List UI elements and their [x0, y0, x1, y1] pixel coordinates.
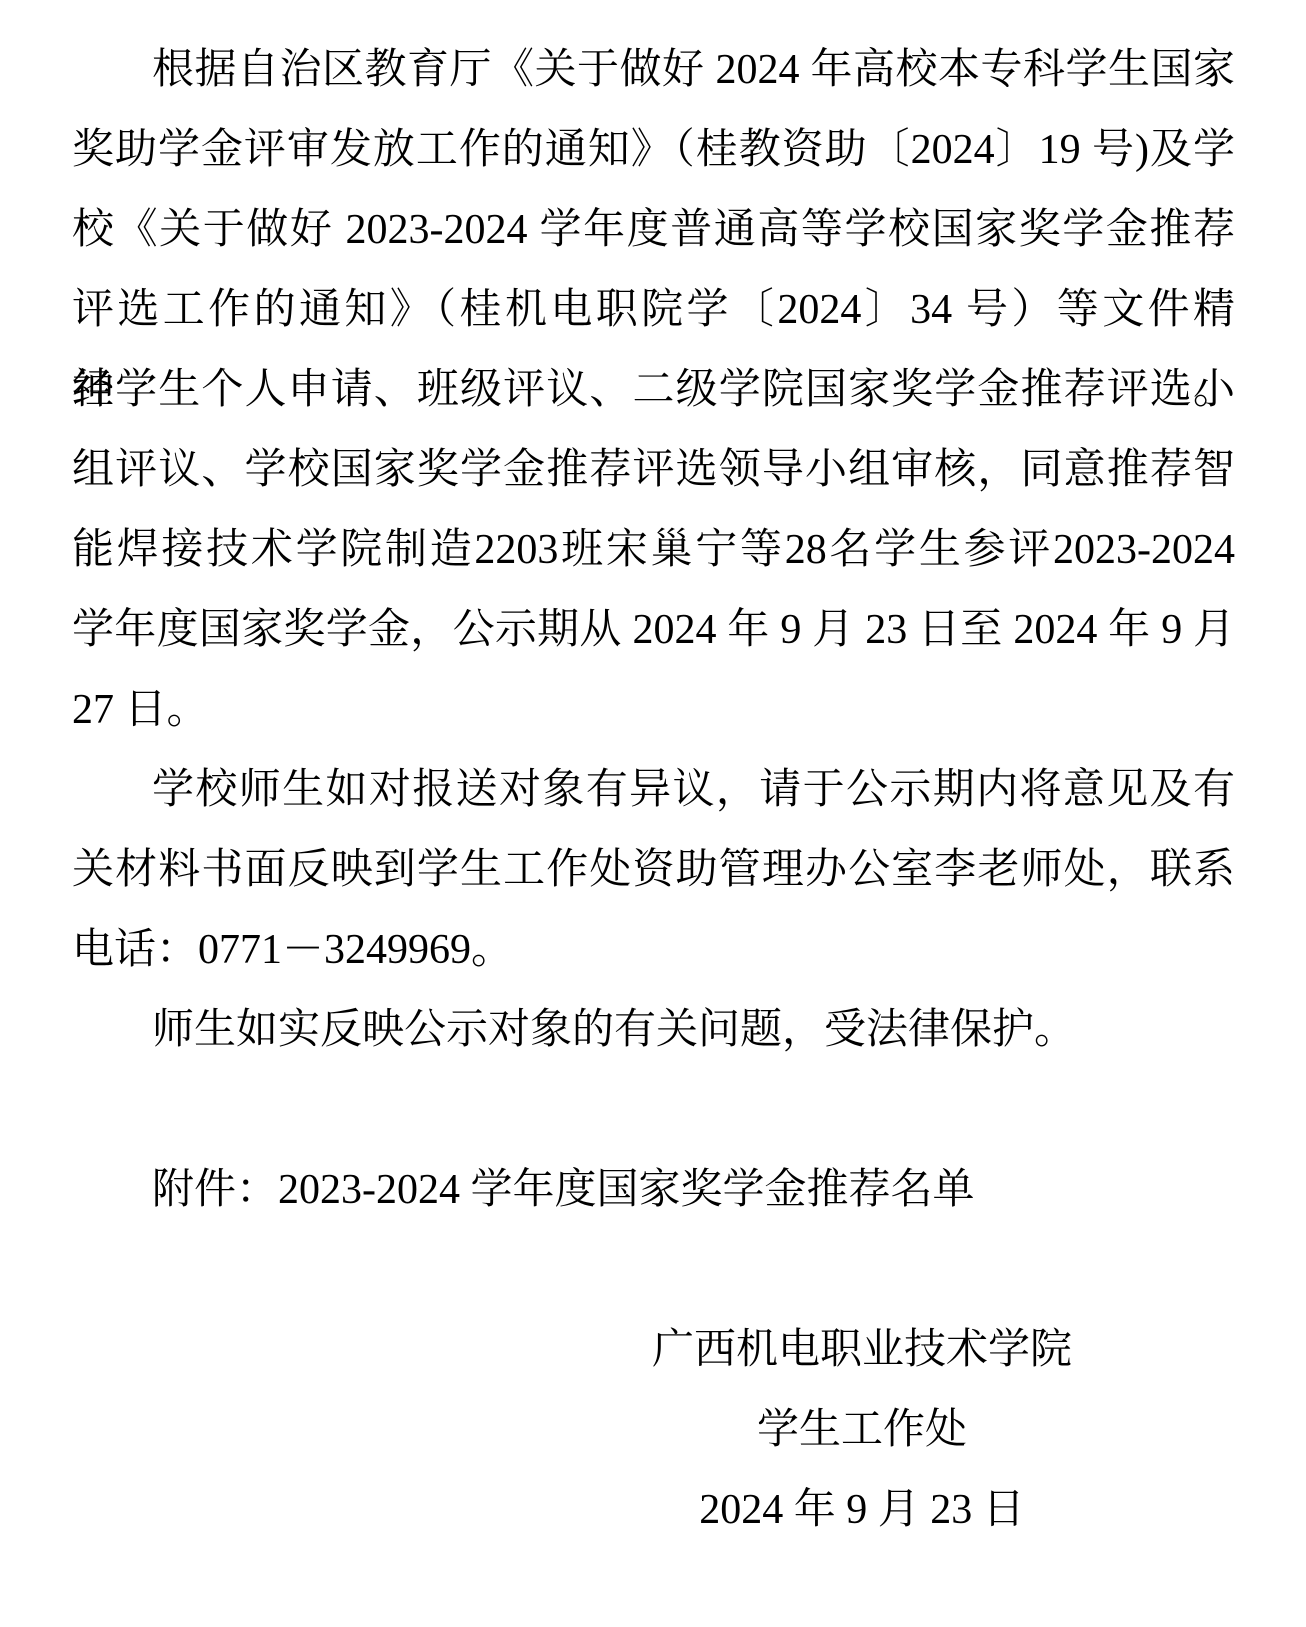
notice-document: 根据自治区教育厅《关于做好 2024 年高校本专科学生国家 奖助学金评审发放工作…	[72, 0, 1235, 1550]
body-line: 学年度国家奖学金，公示期从 2024 年 9 月 23 日至 2024 年 9 …	[72, 590, 1235, 670]
body-line: 奖助学金评审发放工作的通知》（桂教资助〔2024〕19 号)及学	[72, 110, 1235, 190]
body-line: 关材料书面反映到学生工作处资助管理办公室李老师处，联系	[72, 830, 1235, 910]
body-line: 师生如实反映公示对象的有关问题，受法律保护。	[72, 990, 1235, 1070]
signature-department: 学生工作处	[489, 1390, 1235, 1470]
body-line: 学校师生如对报送对象有异议，请于公示期内将意见及有	[72, 750, 1235, 830]
blank-line	[72, 1230, 1235, 1310]
signature-organization: 广西机电职业技术学院	[489, 1310, 1235, 1390]
body-line: 根据自治区教育厅《关于做好 2024 年高校本专科学生国家	[72, 30, 1235, 110]
signature-block: 广西机电职业技术学院 学生工作处 2024 年 9 月 23 日	[489, 1310, 1235, 1550]
body-line: 能焊接技术学院制造2203班宋巢宁等28名学生参评2023-2024	[72, 510, 1235, 590]
body-line: 27 日。	[72, 670, 1235, 750]
contact-phone-line: 电话：0771－3249969。	[72, 910, 1235, 990]
body-line: 组评议、学校国家奖学金推荐评选领导小组审核，同意推荐智	[72, 430, 1235, 510]
blank-line	[72, 1070, 1235, 1150]
attachment-line: 附件：2023-2024 学年度国家奖学金推荐名单	[72, 1150, 1235, 1230]
signature-date: 2024 年 9 月 23 日	[489, 1470, 1235, 1550]
body-line: 校《关于做好 2023-2024 学年度普通高等学校国家奖学金推荐	[72, 190, 1235, 270]
body-line: 评选工作的通知》（桂机电职院学〔2024〕34 号）等文件精神。	[72, 270, 1235, 350]
body-line: 经学生个人申请、班级评议、二级学院国家奖学金推荐评选小	[72, 350, 1235, 430]
